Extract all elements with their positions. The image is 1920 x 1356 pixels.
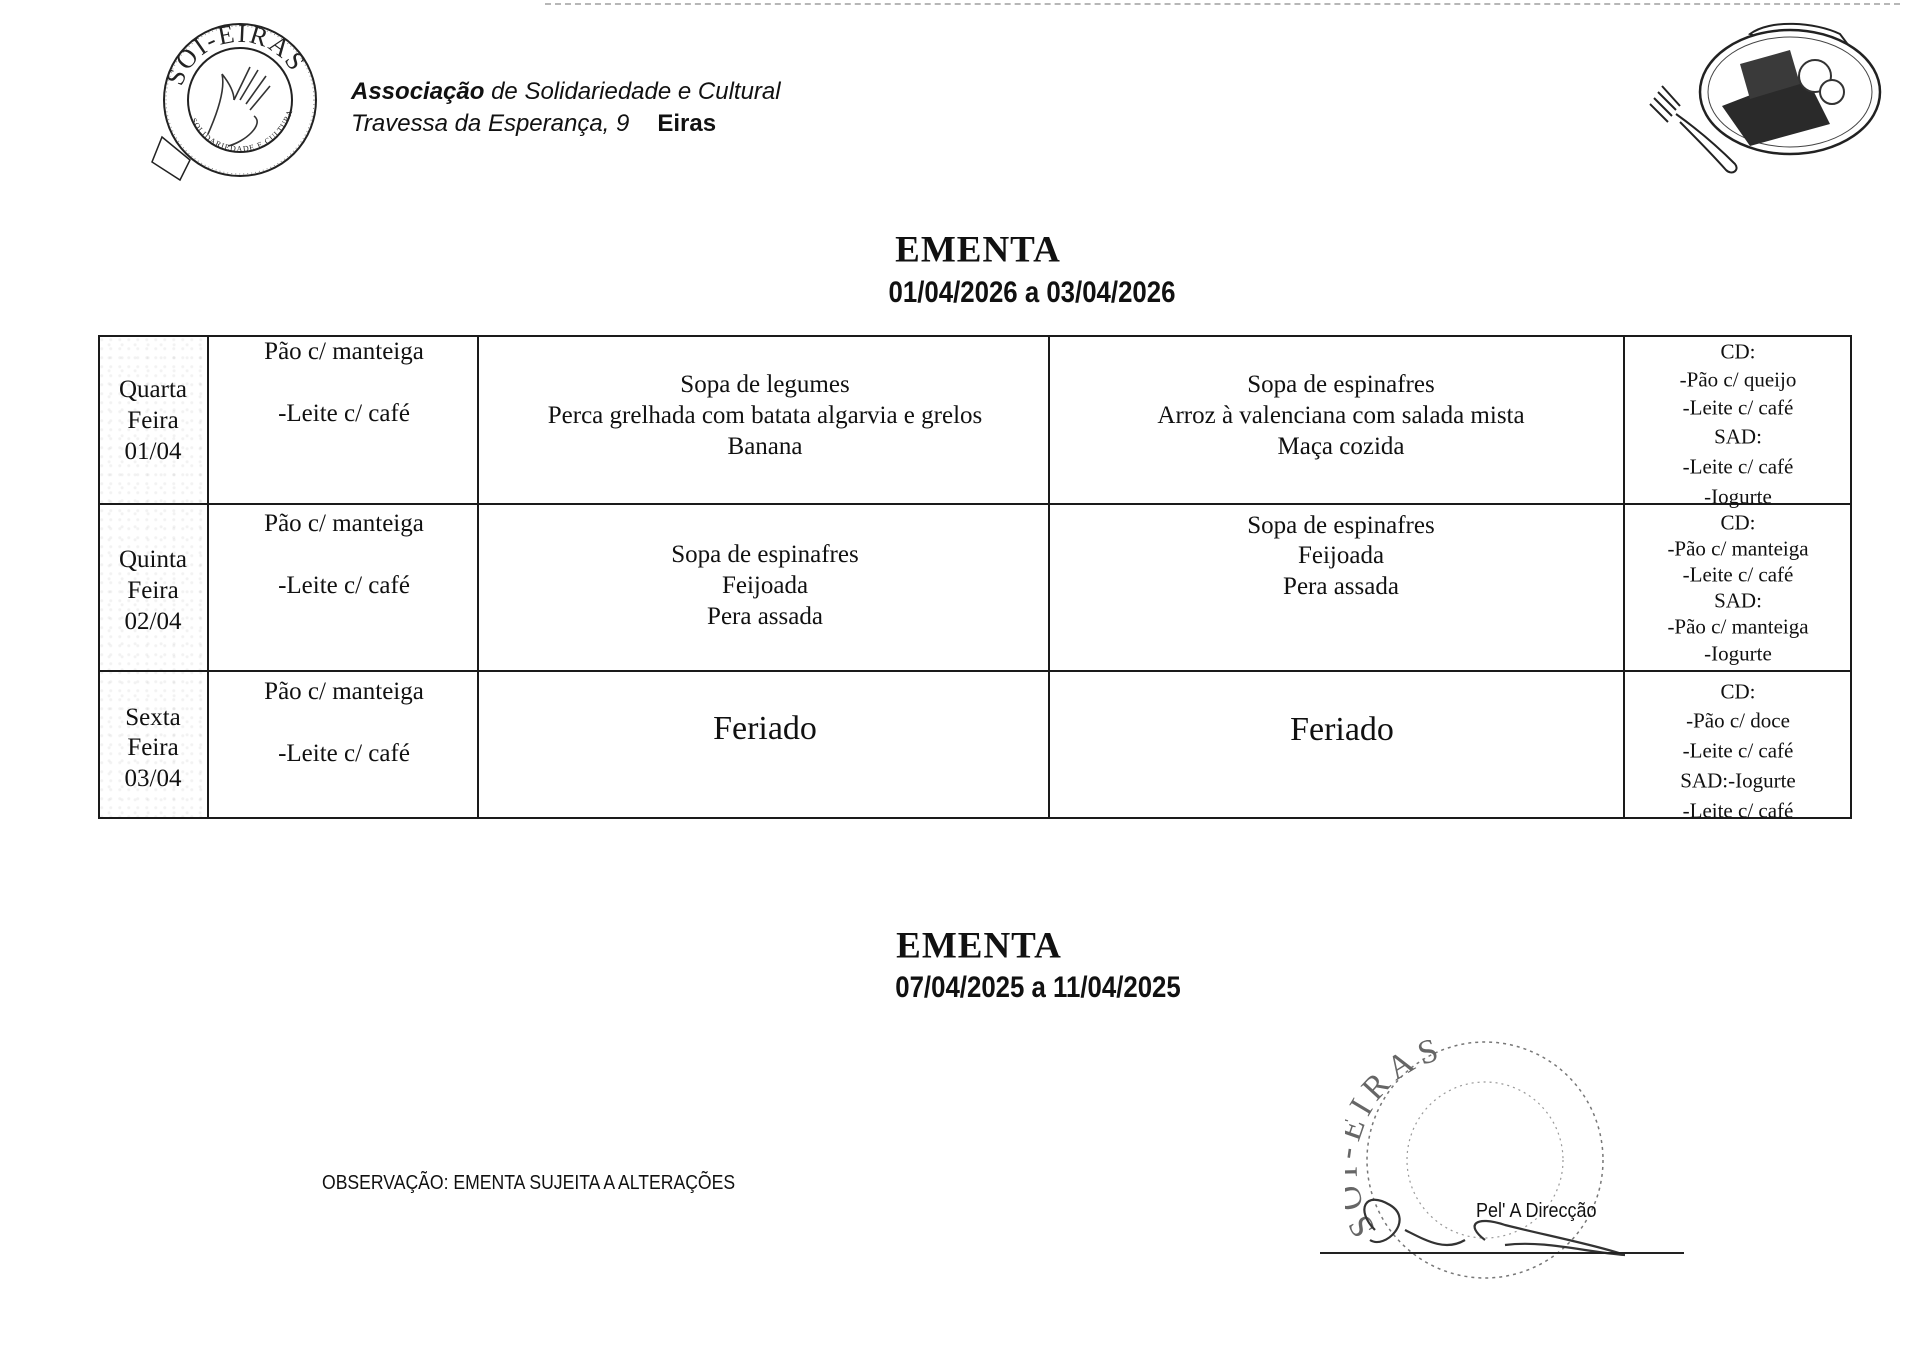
table-border-top	[99, 335, 1852, 337]
snack-item: -Iogurte	[1704, 642, 1772, 667]
snack-item: -Leite c/ café	[1683, 799, 1794, 824]
snack-item: -Pão c/ manteiga	[1667, 615, 1808, 640]
row-divider	[99, 503, 1852, 505]
snack-item: -Pão c/ manteiga	[1667, 537, 1808, 562]
lunch-dessert: Banana	[728, 433, 803, 461]
breakfast-item: -Leite c/ café	[278, 572, 410, 600]
day-label: Feira	[127, 577, 178, 605]
snack-item: -Iogurte	[1704, 485, 1772, 510]
plate-illustration-icon	[1640, 14, 1910, 179]
snack-item: SAD:	[1714, 589, 1762, 614]
lunch-dessert: Pera assada	[707, 603, 823, 631]
breakfast-item: Pão c/ manteiga	[264, 338, 424, 366]
snack-item: CD:	[1720, 340, 1755, 365]
breakfast-item: -Leite c/ café	[278, 740, 410, 768]
scan-artifact-line	[545, 3, 1900, 5]
day-date: 01/04	[125, 438, 182, 466]
breakfast-item: Pão c/ manteiga	[264, 510, 424, 538]
dinner-dessert: Maça cozida	[1277, 433, 1404, 461]
day-name: Quinta	[119, 546, 187, 574]
day-name: Sexta	[125, 704, 181, 732]
lunch-soup: Sopa de espinafres	[671, 541, 858, 569]
snack-item: -Leite c/ café	[1683, 739, 1794, 764]
snack-item: SAD:-Iogurte	[1680, 769, 1795, 794]
day-date: 03/04	[125, 765, 182, 793]
snack-item: -Pão c/ queijo	[1680, 368, 1797, 393]
snack-item: -Leite c/ café	[1683, 455, 1794, 480]
lunch-main: Perca grelhada com batata algarvia e gre…	[548, 402, 983, 430]
breakfast-item: Pão c/ manteiga	[264, 678, 424, 706]
dinner-dessert: Pera assada	[1283, 573, 1399, 601]
snack-item: -Leite c/ café	[1683, 396, 1794, 421]
menu-date-range: 01/04/2026 a 03/04/2026	[889, 276, 1176, 310]
stamp-icon: SOI-EIRAS	[1345, 1040, 1625, 1300]
dinner-main: Arroz à valenciana com salada mista	[1157, 402, 1524, 430]
lunch-main: Feijoada	[722, 572, 808, 600]
table-border-right	[1850, 335, 1852, 819]
snack-item: -Leite c/ café	[1683, 563, 1794, 588]
column-divider	[1048, 335, 1050, 819]
table-border-bottom	[99, 817, 1852, 819]
breakfast-item: -Leite c/ café	[278, 400, 410, 428]
table-border-left	[98, 335, 100, 819]
snack-item: SAD:	[1714, 425, 1762, 450]
observation-note: OBSERVAÇÃO: EMENTA SUJEITA A ALTERAÇÕES	[322, 1172, 735, 1195]
dinner-main: Feijoada	[1298, 542, 1384, 570]
day-label: Feira	[127, 407, 178, 435]
snack-item: CD:	[1720, 680, 1755, 705]
column-divider	[207, 335, 209, 819]
menu-title: EMENTA	[896, 925, 1062, 968]
day-label: Feira	[127, 734, 178, 762]
day-date: 02/04	[125, 608, 182, 636]
menu-date-range: 07/04/2025 a 11/04/2025	[895, 971, 1181, 1005]
association-logo-icon: SOI-EIRAS SOLIDARIEDADE E CULTURA	[150, 12, 330, 192]
holiday-label: Feriado	[713, 710, 817, 748]
lunch-soup: Sopa de legumes	[680, 371, 849, 399]
dinner-soup: Sopa de espinafres	[1247, 512, 1434, 540]
snack-item: CD:	[1720, 511, 1755, 536]
day-name: Quarta	[119, 376, 187, 404]
snack-item: -Pão c/ doce	[1686, 709, 1790, 734]
column-divider	[477, 335, 479, 819]
signature-label: Pel' A Direcção	[1476, 1200, 1597, 1223]
row-divider	[99, 670, 1852, 672]
org-name: Associação de Solidariedade e Cultural	[351, 78, 781, 106]
column-divider	[1623, 335, 1625, 819]
org-address: Travessa da Esperança, 9Eiras	[351, 110, 716, 138]
menu-title: EMENTA	[895, 229, 1061, 272]
dinner-soup: Sopa de espinafres	[1247, 371, 1434, 399]
signature-line	[1320, 1252, 1684, 1254]
holiday-label: Feriado	[1290, 711, 1394, 749]
